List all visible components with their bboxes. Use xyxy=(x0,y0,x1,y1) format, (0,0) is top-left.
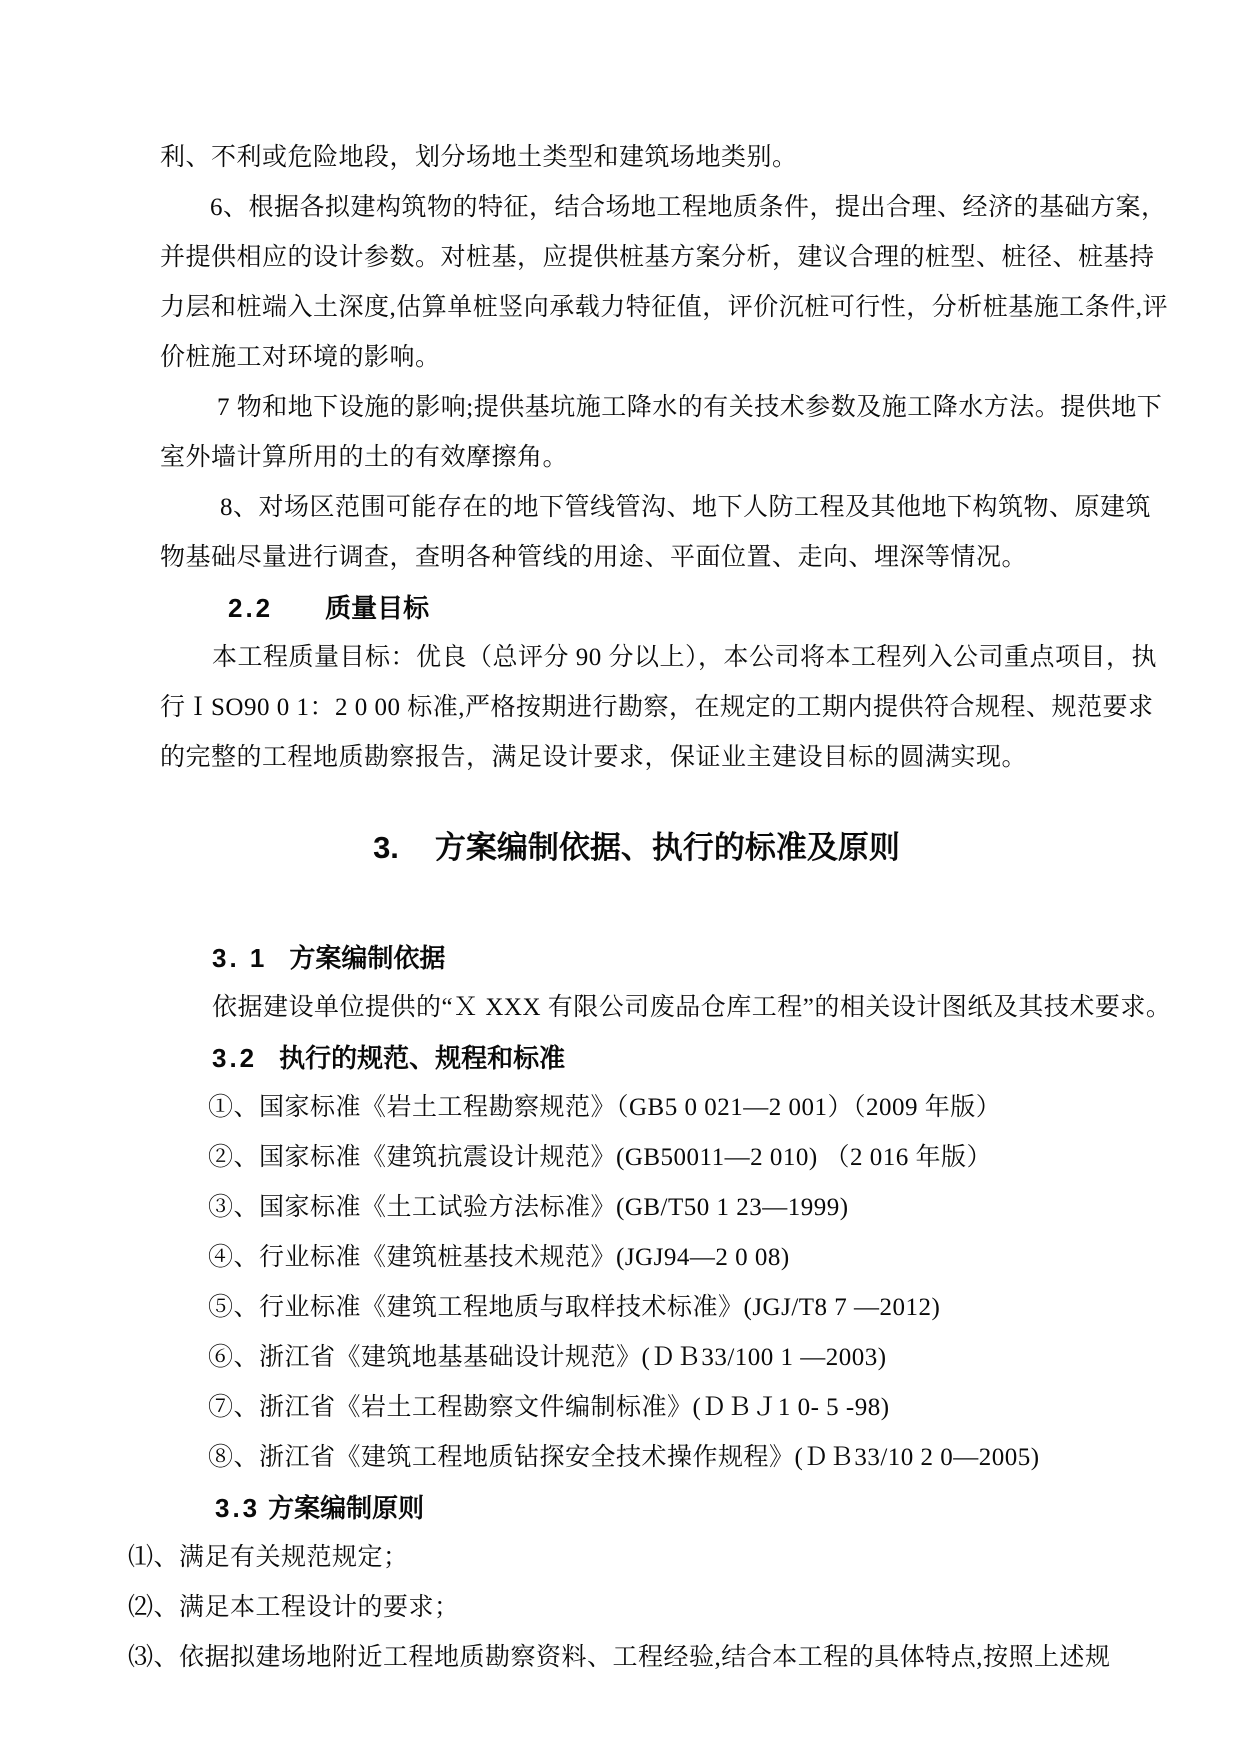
standard-item: ⑦、浙江省《岩土工程勘察文件编制标准》(ＤＢＪ1 0- 5 -98) xyxy=(160,1383,1113,1433)
standard-item: ①、国家标准《岩土工程勘察规范》（GB5 0 021—2 001）（2009 年… xyxy=(160,1083,1113,1133)
paragraph-7: 7 物和地下设施的影响;提供基坑施工降水的有关技术参数及施工降水方法。提供地下 … xyxy=(160,383,1113,483)
standard-item: ⑧、浙江省《建筑工程地质钻探安全技术操作规程》(ＤＢ33/10 2 0—2005… xyxy=(160,1433,1113,1483)
body-line: 室外墙计算所用的土的有效摩擦角。 xyxy=(160,433,1113,483)
body-line: 力层和桩端入土深度,估算单桩竖向承载力特征值，评价沉桩可行性，分析桩基施工条件,… xyxy=(160,283,1113,333)
principle-item: ⑵、满足本工程设计的要求； xyxy=(128,1583,1113,1633)
heading-title: 执行的规范、规程和标准 xyxy=(279,1043,565,1073)
paragraph-6: 6、根据各拟建构筑物的特征，结合场地工程地质条件，提出合理、经济的基础方案， 并… xyxy=(160,183,1113,383)
standards-list: ①、国家标准《岩土工程勘察规范》（GB5 0 021—2 001）（2009 年… xyxy=(160,1083,1113,1483)
body-line: 利、不利或危险地段，划分场地土类型和建筑场地类别。 xyxy=(160,133,1113,183)
standard-item: ⑥、浙江省《建筑地基基础设计规范》(ＤＢ33/100 1 —2003) xyxy=(160,1333,1113,1383)
document-page: 利、不利或危险地段，划分场地土类型和建筑场地类别。 6、根据各拟建构筑物的特征，… xyxy=(0,0,1241,1754)
principle-item: ⑴、满足有关规范规定； xyxy=(128,1533,1113,1583)
principles-list: ⑴、满足有关规范规定； ⑵、满足本工程设计的要求； ⑶、依据拟建场地附近工程地质… xyxy=(160,1533,1113,1683)
heading-number: 3.2 xyxy=(212,1043,257,1073)
heading-number: 2.2 xyxy=(228,593,273,623)
body-line: 的完整的工程地质勘察报告，满足设计要求，保证业主建设目标的圆满实现。 xyxy=(160,733,1113,783)
body-line: 依据建设单位提供的“Ｘ XXX 有限公司废品仓库工程”的相关设计图纸及其技术要求… xyxy=(160,983,1113,1033)
standard-item: ③、国家标准《土工试验方法标准》(GB/T50 1 23—1999) xyxy=(160,1183,1113,1233)
body-line: 本工程质量目标：优良（总评分 90 分以上），本公司将本工程列入公司重点项目，执 xyxy=(160,633,1113,683)
heading-title: 方案编制依据、执行的标准及原则 xyxy=(435,830,900,865)
heading-number: 3. xyxy=(373,830,399,865)
body-line: 价桩施工对环境的影响。 xyxy=(160,333,1113,383)
principle-item: ⑶、依据拟建场地附近工程地质勘察资料、工程经验,结合本工程的具体特点,按照上述规 xyxy=(128,1633,1113,1683)
body-line: 8、对场区范围可能存在的地下管线管沟、地下人防工程及其他地下构筑物、原建筑 xyxy=(160,483,1113,533)
section-heading-3-3: 3.3方案编制原则 xyxy=(160,1483,1113,1533)
heading-number: 3.3 xyxy=(215,1493,260,1523)
section-heading-3-2: 3.2执行的规范、规程和标准 xyxy=(160,1033,1113,1083)
body-line: 7 物和地下设施的影响;提供基坑施工降水的有关技术参数及施工降水方法。提供地下 xyxy=(160,383,1113,433)
standard-item: ②、国家标准《建筑抗震设计规范》(GB50011—2 010) （2 016 年… xyxy=(160,1133,1113,1183)
heading-number: 3. 1 xyxy=(212,943,267,973)
chapter-heading-3: 3.方案编制依据、执行的标准及原则 xyxy=(160,831,1113,865)
heading-title: 方案编制原则 xyxy=(268,1493,424,1523)
section-heading-3-1: 3. 1方案编制依据 xyxy=(160,933,1113,983)
paragraph-8: 8、对场区范围可能存在的地下管线管沟、地下人防工程及其他地下构筑物、原建筑 物基… xyxy=(160,483,1113,583)
heading-title: 方案编制依据 xyxy=(289,943,445,973)
standard-item: ④、行业标准《建筑桩基技术规范》(JGJ94—2 0 08) xyxy=(160,1233,1113,1283)
heading-title: 质量目标 xyxy=(325,593,429,623)
body-line: 行ＩSO90 0 1：2 0 00 标准,严格按期进行勘察，在规定的工期内提供符… xyxy=(160,683,1113,733)
body-line: 并提供相应的设计参数。对桩基，应提供桩基方案分析，建议合理的桩型、桩径、桩基持 xyxy=(160,233,1113,283)
paragraph-quality-goal: 本工程质量目标：优良（总评分 90 分以上），本公司将本工程列入公司重点项目，执… xyxy=(160,633,1113,783)
body-line: 物基础尽量进行调查，查明各种管线的用途、平面位置、走向、埋深等情况。 xyxy=(160,533,1113,583)
standard-item: ⑤、行业标准《建筑工程地质与取样技术标准》(JGJ/T8 7 —2012) xyxy=(160,1283,1113,1333)
section-heading-2-2: 2.2质量目标 xyxy=(160,583,1113,633)
body-line: 6、根据各拟建构筑物的特征，结合场地工程地质条件，提出合理、经济的基础方案， xyxy=(160,183,1113,233)
